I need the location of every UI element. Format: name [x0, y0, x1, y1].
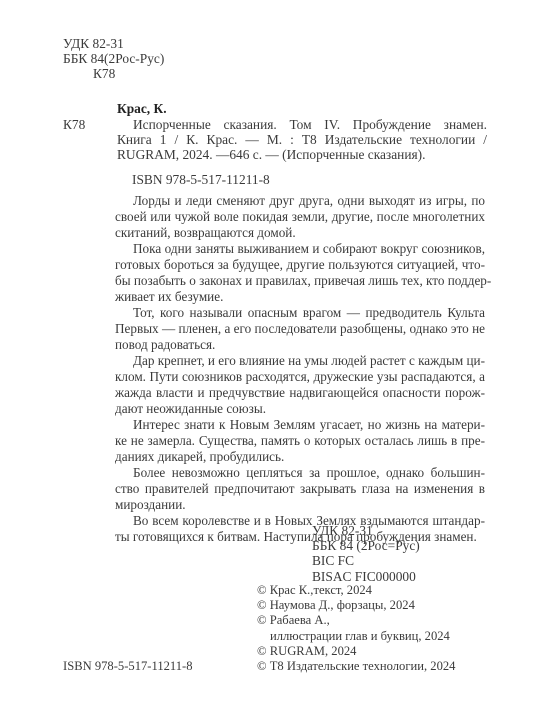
- annotation-line: даниях дикарей, пробудились.: [115, 449, 485, 465]
- author-name: Крас, К.: [117, 101, 167, 116]
- annotation-paragraph: Тот, кого называли опасным врагом — пред…: [115, 305, 485, 353]
- bbk-code: ББК 84(2Рос-Рус): [63, 51, 164, 66]
- annotation-paragraph: Интерес знати к Новым Землям угасает, но…: [115, 417, 485, 465]
- annotation-line: жажда власти и предчувствие надвигающейс…: [115, 385, 485, 401]
- copyright-line: © Наумова Д., форзацы, 2024: [257, 598, 455, 613]
- annotation-line: Лорды и леди сменяют друг друга, одни вы…: [115, 193, 485, 209]
- annotation-line: ство правителей предпочитают закрывать г…: [115, 481, 485, 497]
- bbk-code: ББК 84 (2Рос=Рус): [312, 538, 420, 553]
- annotation-line: повод радоваться.: [115, 337, 485, 353]
- udk-code: УДК 82-31: [63, 36, 164, 51]
- annotation-line: Интерес знати к Новым Землям угасает, но…: [115, 417, 485, 433]
- author-mark: К78: [63, 66, 164, 81]
- copyright-line: © Рабаева А.,: [257, 613, 455, 628]
- annotation-line: Более невозможно цепляться за прошлое, о…: [115, 465, 485, 481]
- annotation-line: клом. Пути союзников расходятся, дружеск…: [115, 369, 485, 385]
- copyright-notices: © Крас К.,текст, 2024 © Наумова Д., форз…: [257, 583, 455, 674]
- udk-code: УДК 82-31: [312, 523, 420, 538]
- bisac-code: BISAC FIC000000: [312, 569, 420, 584]
- annotation-line: дают неожиданные союзы.: [115, 401, 485, 417]
- biblio-line: Испорченные сказания. Том IV. Пробуждени…: [117, 117, 487, 132]
- record-author-mark: К78: [63, 117, 85, 132]
- annotation-paragraph: Лорды и леди сменяют друг друга, одни вы…: [115, 193, 485, 241]
- annotation-line: Тот, кого называли опасным врагом — пред…: [115, 305, 485, 321]
- copyright-line: © RUGRAM, 2024: [257, 644, 455, 659]
- copyright-line: © Крас К.,текст, 2024: [257, 583, 455, 598]
- annotation-line: ты готовящихся к битвам. Наступила пора …: [115, 529, 485, 545]
- classification-codes: УДК 82-31 ББК 84 (2Рос=Рус) BIC FC BISAC…: [312, 523, 420, 584]
- isbn-footer: ISBN 978-5-517-11211-8: [63, 659, 193, 674]
- copyright-line: © Т8 Издательские технологии, 2024: [257, 659, 455, 674]
- annotation: Лорды и леди сменяют друг друга, одни вы…: [115, 193, 485, 545]
- top-classification-codes: УДК 82-31 ББК 84(2Рос-Рус) К78: [63, 36, 164, 81]
- annotation-paragraph: Более невозможно цепляться за прошлое, о…: [115, 465, 485, 513]
- annotation-line: мироздании.: [115, 497, 485, 513]
- annotation-line: готовых бороться за будущее, другие поль…: [115, 257, 485, 273]
- annotation-paragraph: Пока одни заняты выживанием и собирают в…: [115, 241, 485, 305]
- annotation-line: Первых — пленен, а его последователи раз…: [115, 321, 485, 337]
- copyright-line: иллюстрации глав и буквиц, 2024: [257, 629, 455, 644]
- annotation-line: Во всем королевстве и в Новых Землях взд…: [115, 513, 485, 529]
- annotation-line: ке не замерла. Существа, память о которы…: [115, 433, 485, 449]
- annotation-paragraph: Дар крепнет, и его влияние на умы людей …: [115, 353, 485, 417]
- annotation-line: своей или чужой воле покидая земли, друг…: [115, 209, 485, 225]
- isbn-record: ISBN 978-5-517-11211-8: [132, 172, 270, 187]
- annotation-paragraph: Во всем королевстве и в Новых Землях взд…: [115, 513, 485, 545]
- biblio-line: Книга 1 / К. Крас. — М. : Т8 Издательски…: [117, 132, 487, 147]
- annotation-line: Пока одни заняты выживанием и собирают в…: [115, 241, 485, 257]
- annotation-line: бы позабыть о законах и правилах, привеч…: [115, 273, 485, 289]
- annotation-line: живает их безумие.: [115, 289, 485, 305]
- annotation-line: скитаний, возвращаются домой.: [115, 225, 485, 241]
- annotation-line: Дар крепнет, и его влияние на умы людей …: [115, 353, 485, 369]
- bic-code: BIC FC: [312, 553, 420, 568]
- bibliographic-description: Испорченные сказания. Том IV. Пробуждени…: [117, 117, 487, 162]
- biblio-line: RUGRAM, 2024. —646 с. — (Испорченные ска…: [117, 147, 487, 162]
